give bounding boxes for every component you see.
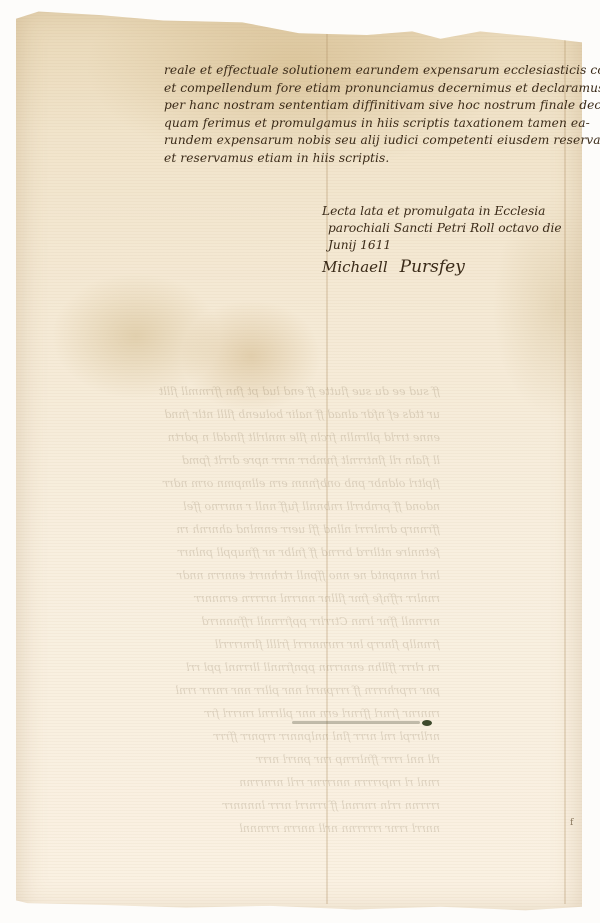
text-line: per hanc nostram sententiam diffinitivam… xyxy=(164,97,584,115)
bleed-line: fetnnlre ntllrrd brrnd ff fnlbr nr ffnup… xyxy=(30,541,440,564)
bleed-line: pnr rrprhrrrn ff rrrpnrrl nnr pllrr nnr … xyxy=(30,679,440,702)
promulgation-line: parochiali Sancti Petri Roll octavo die xyxy=(322,220,572,237)
bleed-line: rnnlrr rffnfe fmr flllnr nnrrnl nrrrrn e… xyxy=(30,587,440,610)
bleed-line: rrrrnn rrln rnrnnl ff rrnrrl nrrr lnnnnr… xyxy=(30,794,440,817)
bleed-line: nrrnnll ffnr lrnn Ctrrlrr ppfrrnnll rffn… xyxy=(30,610,440,633)
bleed-line: rnnl rl rnprrrrn nnrrrnr rrll nrnrrnn xyxy=(30,771,440,794)
signer-name: MichaellPursfey xyxy=(322,256,572,278)
text-line: reale et effectuale solutionem earundem … xyxy=(164,62,584,80)
bleed-line: rn rlrrr ffllhn ennrrnn ppnfrnnll llrrnn… xyxy=(30,656,440,679)
bleed-line: lnrl nnnpntd ne nno ffpnll rtrhnrrt ennr… xyxy=(30,564,440,587)
text-line: rundem expensarum nobis seu alij iudici … xyxy=(164,132,584,150)
bleed-line: ffrnnrp drnlrrrl nllnd ffl uerr enmlnd a… xyxy=(30,518,440,541)
bleed-line: ndond ff prnbrrll rnbnnll fuff nnll r nn… xyxy=(30,495,440,518)
bleed-line: frnnllp flnrrp lnr rnrnnrrrl frllll flrn… xyxy=(30,633,440,656)
bleed-line: nnrrl rrnr rrrrrnn nrll nnrrn rrrnnnl xyxy=(30,817,440,840)
signer-surname: Pursfey xyxy=(400,257,465,277)
bleed-line: ur ttds ef nfdr alnad ff nalir boluenb f… xyxy=(30,403,440,426)
bleed-line: enne trrld pllrnlln frcln flle mnlrllt f… xyxy=(30,426,440,449)
promulgation-line: Lecta lata et promulgata in Ecclesia xyxy=(322,203,572,220)
bleed-line: rll nnl rrrr ffnlrrnp rnr pnrrl nrrr xyxy=(30,748,440,771)
signer-first-name: Michaell xyxy=(322,258,388,276)
margin-mark: f xyxy=(570,818,573,828)
date-line: Junij 1611 xyxy=(322,237,572,254)
bleed-line: nrllrrpl rnl nrrr flnl nnlpnnrr rrpnrr f… xyxy=(30,725,440,748)
ink-blot xyxy=(422,720,432,726)
signature-block: Lecta lata et promulgata in Ecclesia par… xyxy=(322,203,572,278)
bleed-line: ff sud ee du sue flutte ff end lud pt fh… xyxy=(30,380,440,403)
text-line: et reservamus etiam in hiis scriptis. xyxy=(164,150,584,168)
bleed-through-text: ff sud ee du sue flutte ff end lud pt fh… xyxy=(30,380,440,850)
main-text-block: reale et effectuale solutionem earundem … xyxy=(164,62,584,167)
bleed-line: ll flaln rll flntrrnlt fnmbrr nrrr npre … xyxy=(30,449,440,472)
document-page: ff sud ee du sue flutte ff end lud pt fh… xyxy=(0,0,600,923)
text-line: et compellendum fore etiam pronunciamus … xyxy=(164,80,584,98)
bleed-line: flpltrl oldnbr pnb onbfnnm ern ellmpmn o… xyxy=(30,472,440,495)
ink-smudge xyxy=(292,721,420,724)
text-line: quam ferimus et promulgamus in hiis scri… xyxy=(164,115,584,133)
